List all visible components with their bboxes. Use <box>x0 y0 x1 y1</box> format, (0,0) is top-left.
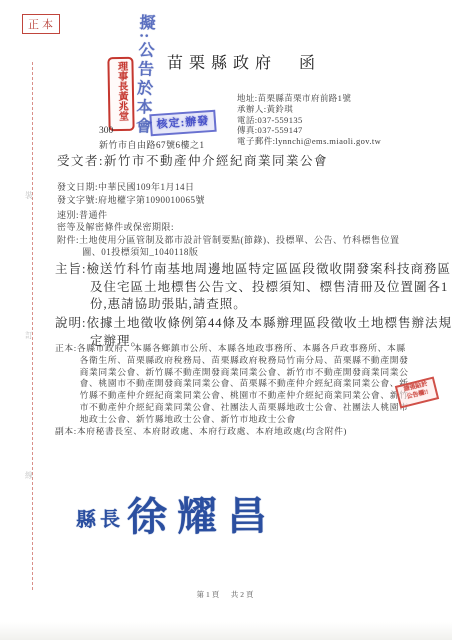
meta-block: 發文日期:中華民國109年1月14日 發文字號:府地權字第1090010065號… <box>57 181 417 259</box>
scan-bottom-edge <box>0 622 452 640</box>
issue-date: 發文日期:中華民國109年1月14日 <box>57 181 417 194</box>
postal-code: 300 <box>99 126 113 136</box>
contact-fax: 傳真:037-559147 <box>237 125 381 136</box>
approval-stamp: 核定:辦發 <box>149 110 216 137</box>
copy-recipients-line: 副本:本府秘書長室、本府財政處、本府行政處、本府地政處(均含附件) <box>55 426 409 438</box>
security-class: 密等及解密條件或保密期限: <box>57 221 417 234</box>
speed-class: 速別:普通件 <box>57 209 417 222</box>
binding-dashed-line <box>32 62 33 590</box>
contact-phone: 電話:037-559135 <box>237 115 381 126</box>
contact-person: 承辦人:黃鈴琪 <box>237 104 381 115</box>
chairman-name-stamp: 理事長黃兆堂 <box>107 57 134 131</box>
signature-title: 縣長 <box>76 503 124 533</box>
contact-email: 電子郵件:lynnchi@ems.miaoli.gov.tw <box>237 136 381 147</box>
subject-text: 檢送竹科竹南基地周邊地區特定區區段徵收開發案科技商務區及住宅區土地標售公告文、投… <box>86 262 451 311</box>
copy-recipients-text: 本府秘書長室、本府財政處、本府行政處、本府地政處(均含附件) <box>77 426 347 436</box>
subject-label: 主旨: <box>55 262 86 276</box>
contact-address: 地址:苗栗縣苗栗市府前路1號 <box>237 93 381 104</box>
binding-mark-ding: 訂 <box>25 330 33 341</box>
doc-number: 發文字號:府地權字第1090010065號 <box>57 194 417 207</box>
binding-mark-xian: 線 <box>25 470 33 481</box>
original-recipients-text: 各縣市政府、本縣各鄉鎮市公所、本縣各地政事務所、本縣各戶政事務所、本縣各衛生所、… <box>77 343 409 424</box>
copy-label: 副本: <box>55 426 77 436</box>
subject-block: 主旨:檢送竹科竹南基地周邊地區特定區區段徵收開發案科技商務區及住宅區土地標售公告… <box>55 261 452 314</box>
copy-type-stamp: 正本 <box>22 14 60 34</box>
recipients-block: 正本:各縣市政府、本縣各鄉鎮市公所、本縣各地政事務所、本縣各戶政事務所、本縣各衛… <box>55 343 409 437</box>
attachment-text: 土地使用分區管制及都市設計管制要點(節錄)、投標單、公告、竹科標售位置圖、01投… <box>79 235 400 258</box>
document-title: 苗栗縣政府 函 <box>167 50 321 73</box>
contact-block: 地址:苗栗縣苗栗市府前路1號 承辦人:黃鈴琪 電話:037-559135 傳真:… <box>237 93 381 147</box>
signature-name: 徐耀昌 <box>127 484 277 542</box>
attachment-label: 附件: <box>57 235 79 245</box>
explanation-label: 說明: <box>55 316 86 330</box>
attachment-line: 附件:土地使用分區管制及都市設計管制要點(節錄)、投標單、公告、竹科標售位置圖、… <box>57 234 417 259</box>
binding-mark-zhuang: 裝 <box>25 190 33 201</box>
original-label: 正本: <box>55 343 77 353</box>
page-footer: 第1頁 共2頁 <box>0 589 452 600</box>
original-recipients-line: 正本:各縣市政府、本縣各鄉鎮市公所、本縣各地政事務所、本縣各戶政事務所、本縣各衛… <box>55 343 409 426</box>
addressee-line: 受文者:新竹市不動產仲介經紀商業同業公會 <box>57 151 328 169</box>
recipient-street-address: 新竹市自由路67號6樓之1 <box>99 138 205 151</box>
